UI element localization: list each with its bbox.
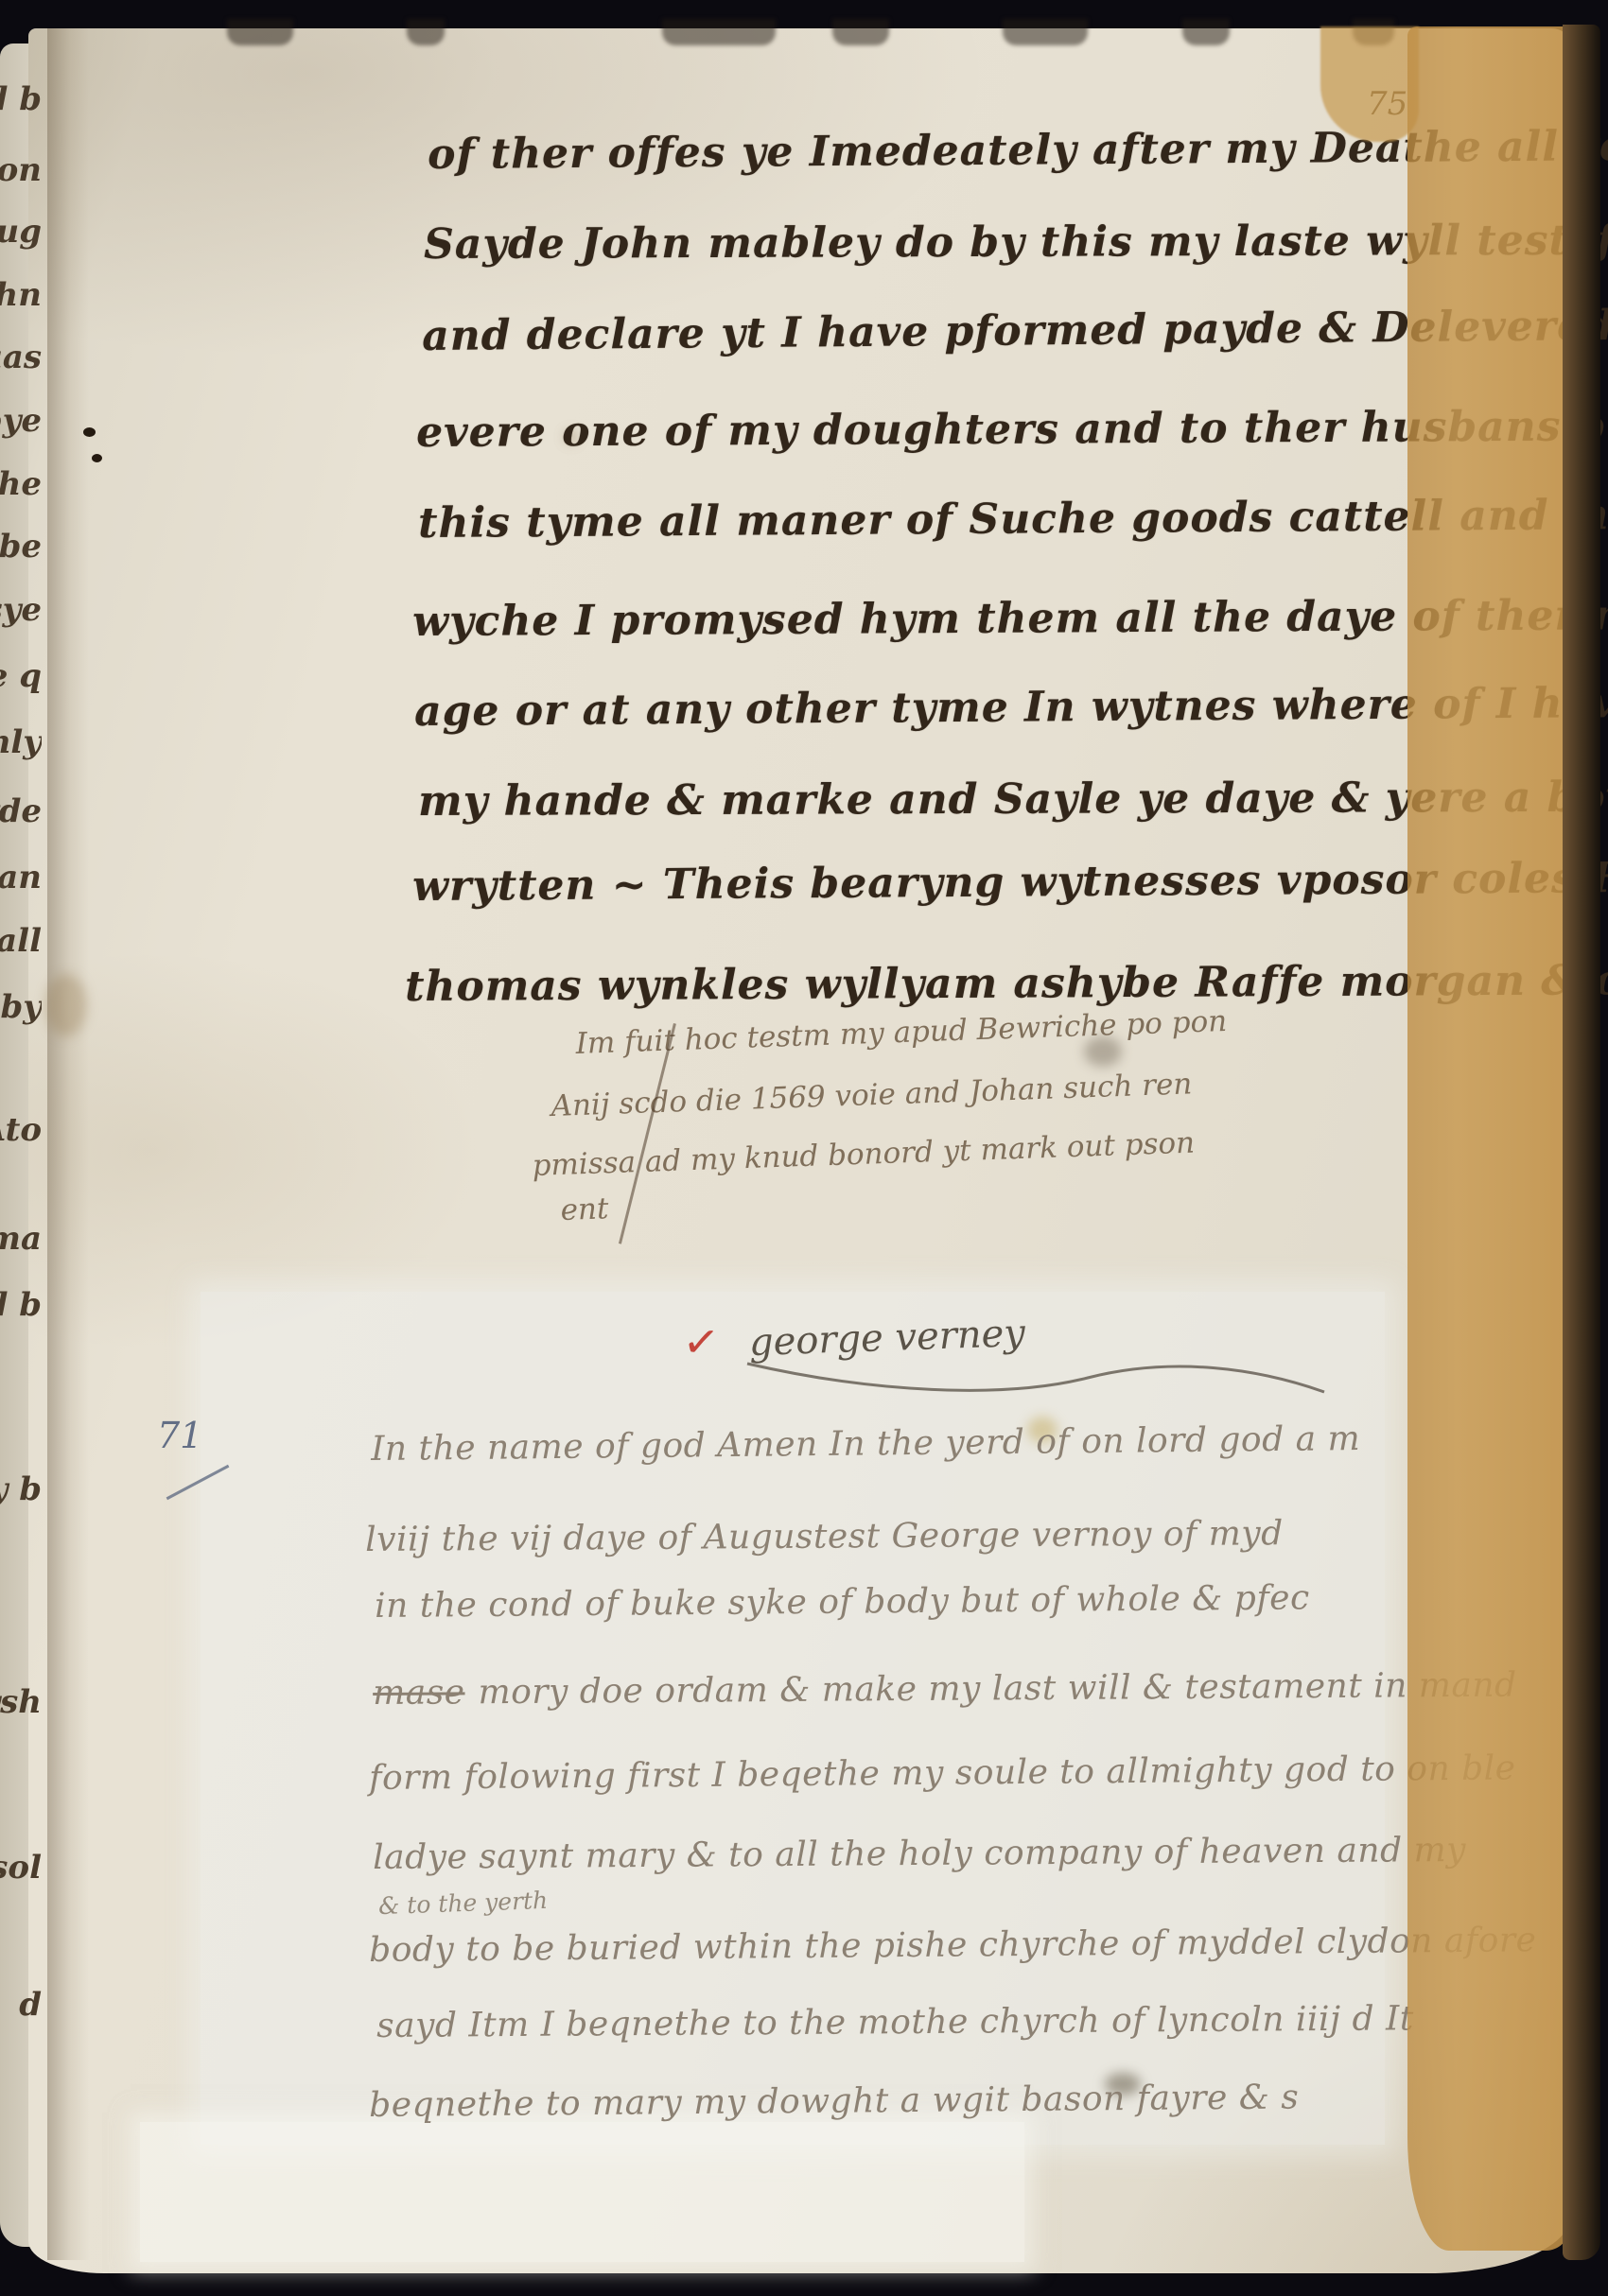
facing-page-fragment: d [0,1986,42,2024]
lower-will-line: ladye saynt mary & to all the holy compa… [373,1831,1466,1877]
page-edge-blemish [407,19,445,45]
lower-will-line: sayd Itm I beqnethe to the mothe chyrch … [376,1999,1414,2045]
page-edge-blemish [832,19,889,45]
tan-stained-edge [1407,26,1570,2251]
facing-page-fragment: e be [0,528,42,565]
gutter-crease [47,28,89,2260]
facing-page-fragment: sol [0,1849,42,1887]
struck-word: mase [373,1673,465,1713]
facing-page-fragment: ue q [0,657,42,695]
facing-page-fragment: o ma [0,1220,42,1258]
facing-page-fragment: Son [0,151,42,189]
facing-page-fragment: oug [0,213,42,251]
facing-page-fragment: mall [0,922,42,960]
facing-page-fragment: and b [0,1286,42,1324]
facing-page-fragment: my b [0,1470,42,1508]
facing-page-fragment: hn [0,276,42,314]
light-photo-patch-bottom [140,2122,1024,2262]
red-check-mark: ✓ [680,1314,722,1369]
page-edge-blemish [1182,19,1230,45]
facing-page-fragment: nly [0,723,42,761]
facing-page-fragment: e by [0,988,42,1026]
ink-blot [92,454,102,462]
ink-blot [83,427,96,437]
lower-will-line: beqnethe to mary my dowght a wgit bason … [369,2078,1299,2125]
facing-page-fragment: uas [0,339,42,376]
facing-page-fragment: hehe [0,465,42,503]
folio-number-71: 71 [157,1415,202,1456]
facing-page-fragment: bsye [0,591,42,629]
page-edge-blemish [227,19,293,45]
facing-page-fragment: e an [0,859,42,896]
facing-page-fragment: Ato [0,1111,42,1149]
page-edge-blemish [1003,19,1088,45]
lower-will-line: masemory doe ordam & make my last will &… [373,1666,1517,1713]
heading-flourish [728,1326,1334,1420]
lower-will-line: lviij the vij daye of Augustest George v… [365,1514,1284,1559]
probate-line: ent [560,1191,609,1227]
facing-page-fragment: kyde [0,792,42,830]
page-edge-blemish [662,19,776,45]
stain [45,974,87,1036]
manuscript-photo: 75 71 ed b Son oug hn uas bye hehe e be … [0,0,1608,2296]
facing-page-fragment: ed b [0,80,42,118]
book-fore-edge [1563,25,1600,2260]
facing-page-fragment: bye [0,402,42,440]
facing-page-fragment: ysh [0,1683,42,1721]
lower-will-line: in the cond of buke syke of body but of … [375,1578,1310,1626]
lower-will-line-text: mory doe ordam & make my last will & tes… [478,1666,1516,1713]
